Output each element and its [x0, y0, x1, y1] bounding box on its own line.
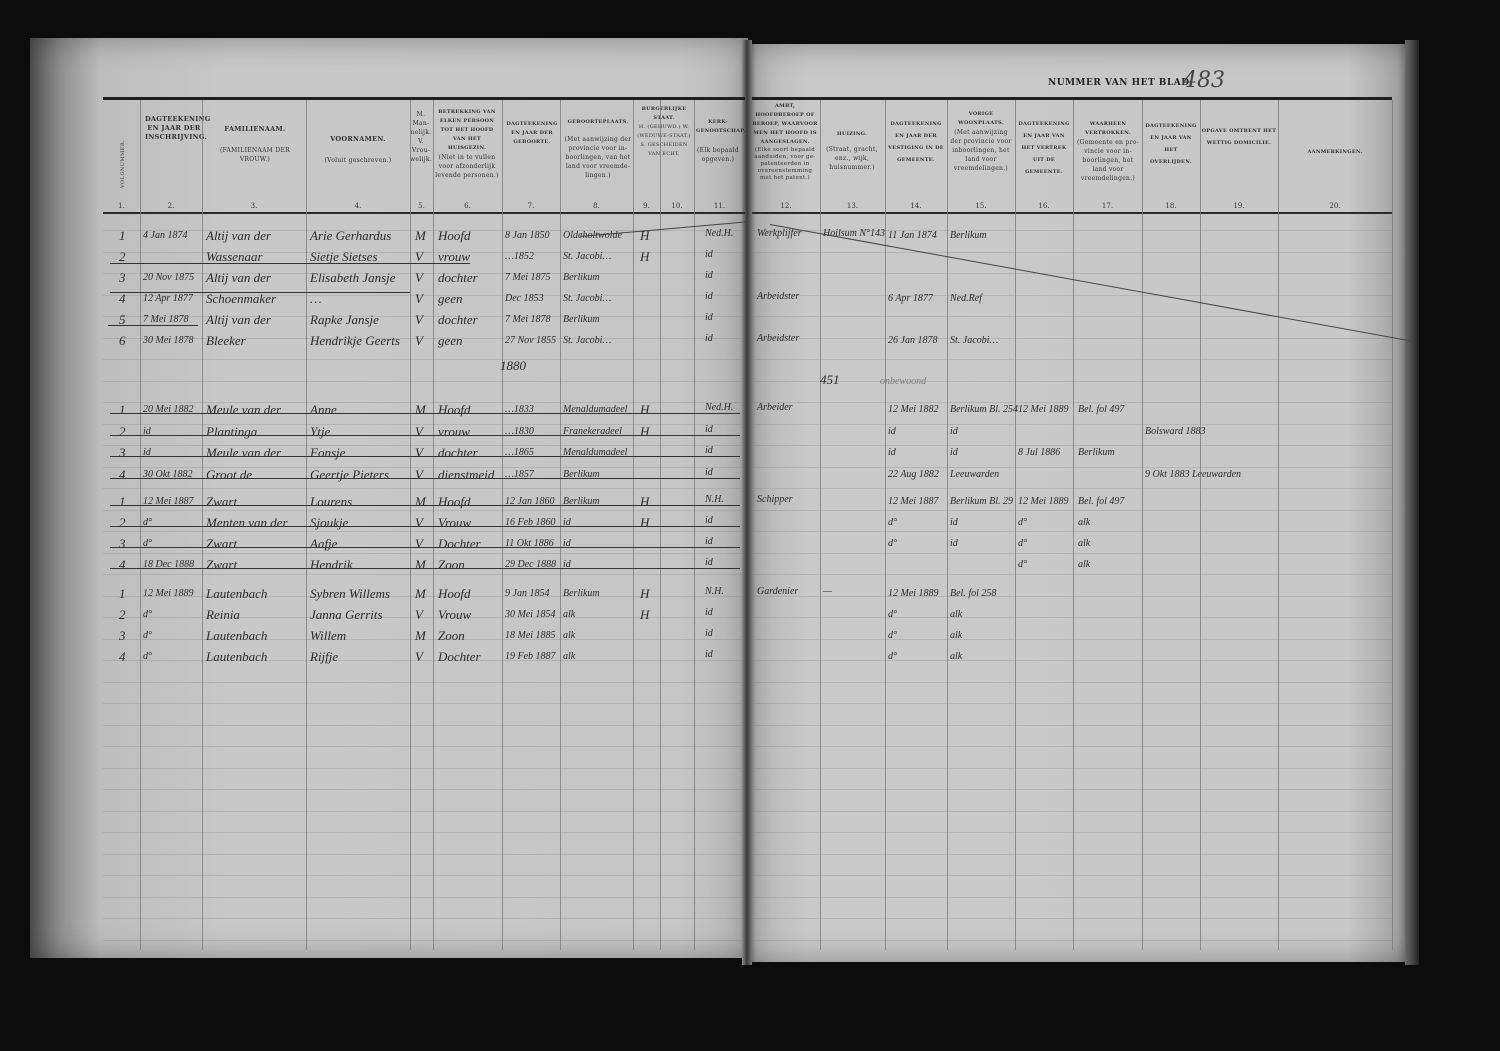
header-bottom-rule-right — [752, 212, 1392, 214]
row-number: 4 — [119, 467, 126, 483]
ruling-line — [752, 725, 1392, 726]
birthplace: Berlikum — [563, 272, 600, 283]
house-address: — — [823, 586, 832, 597]
column-number-8: 8. — [560, 202, 633, 210]
sex: M — [415, 628, 426, 644]
arrival-date: 12 Mei 1882 — [888, 404, 939, 415]
ruling-line — [103, 467, 743, 468]
ruling-line — [103, 746, 743, 747]
column-line — [947, 100, 948, 950]
row-number: 6 — [119, 333, 126, 349]
destination: alk — [1078, 559, 1090, 570]
col-5-header: M. Man-nelijk. V. Vrou-welijk. — [410, 110, 432, 164]
departure-date: 12 Mei 1889 — [1018, 404, 1069, 415]
relation-to-head: geen — [438, 333, 463, 349]
surname: Zwart — [206, 536, 237, 552]
church: id — [705, 649, 713, 660]
ruling-line — [752, 574, 1392, 575]
surname: Altij van der — [206, 228, 271, 244]
occupation: Arbeidster — [757, 291, 799, 302]
ruling-line — [752, 531, 1392, 532]
previous-residence: Berlikum Bl. 29 — [950, 496, 1013, 507]
row-number: 3 — [119, 445, 126, 461]
arrival-date: 12 Mei 1887 — [888, 496, 939, 507]
row-strike-through — [110, 456, 740, 457]
ruling-line — [752, 746, 1392, 747]
ruling-line — [752, 875, 1392, 876]
column-line — [1278, 100, 1279, 950]
previous-residence: Leeuwarden — [950, 469, 999, 480]
sex: V — [415, 291, 423, 307]
ruling-line — [752, 273, 1392, 274]
ruling-line — [752, 918, 1392, 919]
church: id — [705, 467, 713, 478]
departure-date: 8 Jul 1886 — [1018, 447, 1060, 458]
ruling-line — [103, 359, 743, 360]
previous-residence: Bel. fol 258 — [950, 588, 996, 599]
birth-date: …1852 — [505, 251, 534, 262]
ruling-line — [752, 639, 1392, 640]
surname: Altij van der — [206, 312, 271, 328]
birth-date: 9 Jan 1854 — [505, 588, 549, 599]
column-number-9: 9. — [633, 202, 660, 210]
ruling-line — [752, 445, 1392, 446]
church: id — [705, 515, 713, 526]
relation-to-head: Vrouw — [438, 607, 471, 623]
previous-residence: id — [950, 538, 958, 549]
registration-date: 12 Mei 1889 — [143, 588, 194, 599]
relation-to-head: Hoofd — [438, 402, 471, 418]
registration-date: 4 Jan 1874 — [143, 230, 187, 241]
sheet-number: 483 — [1183, 68, 1225, 93]
ruling-line — [752, 768, 1392, 769]
civil-status: H — [640, 402, 649, 418]
occupation: Arbeider — [757, 402, 793, 413]
given-names: Lourens — [310, 494, 352, 510]
column-line — [1392, 100, 1393, 950]
birthplace: St. Jacobi… — [563, 251, 611, 262]
row-number: 1 — [119, 586, 126, 602]
header-top-rule-left — [103, 97, 745, 100]
arrival-date: d° — [888, 651, 897, 662]
row-number: 2 — [119, 515, 126, 531]
arrival-date: d° — [888, 538, 897, 549]
ruling-line — [103, 660, 743, 661]
registration-date: 12 Apr 1877 — [143, 293, 193, 304]
ruling-line — [752, 789, 1392, 790]
column-line — [306, 100, 307, 950]
birth-date: 18 Mei 1885 — [505, 630, 556, 641]
ruling-line — [752, 832, 1392, 833]
ruling-line — [103, 811, 743, 812]
birthplace: alk — [563, 630, 575, 641]
row-number: 2 — [119, 424, 126, 440]
ruling-line — [103, 940, 743, 941]
birth-date: 30 Mei 1854 — [505, 609, 556, 620]
birth-date: 19 Feb 1887 — [505, 651, 556, 662]
departure-date: d° — [1018, 538, 1027, 549]
ruling-line — [752, 359, 1392, 360]
header-bottom-rule-left — [103, 212, 745, 214]
row-number: 2 — [119, 607, 126, 623]
given-names: Rijfje — [310, 649, 338, 665]
book-gutter — [742, 40, 752, 965]
sex: M — [415, 494, 426, 510]
column-number-4: 4. — [306, 202, 410, 210]
col-16-header: DAGTEEKENING EN JAAR VAN HET VERTREK UIT… — [1016, 118, 1072, 178]
column-number-3: 3. — [202, 202, 306, 210]
registration-date: d° — [143, 609, 152, 620]
sheet-reference: 451 — [820, 372, 840, 388]
previous-residence: Ned.Ref — [950, 293, 982, 304]
arrival-date: 6 Apr 1877 — [888, 293, 933, 304]
given-names: Hendrikje Geerts — [310, 333, 400, 349]
row-number: 4 — [119, 557, 126, 573]
surname: Lautenbach — [206, 649, 267, 665]
column-number-10: 10. — [660, 202, 694, 210]
given-names: Elisabeth Jansje — [310, 270, 396, 286]
church: id — [705, 333, 713, 344]
arrival-date: d° — [888, 609, 897, 620]
arrival-date: d° — [888, 517, 897, 528]
column-number-12: 12. — [752, 202, 820, 210]
column-line — [140, 100, 141, 950]
column-number-1: 1. — [103, 202, 140, 210]
ruling-line — [103, 574, 743, 575]
row-strike-through — [110, 547, 740, 548]
relation-to-head: Hoofd — [438, 586, 471, 602]
given-names: Janna Gerrits — [310, 607, 383, 623]
civil-status: H — [640, 515, 649, 531]
church: id — [705, 607, 713, 618]
house-address: Hoilsum N°143 — [823, 228, 885, 239]
relation-to-head: Vrouw — [438, 515, 471, 531]
destination: Berlikum — [1078, 447, 1115, 458]
civil-status: H — [640, 424, 649, 440]
col-17-header: WAARHEEN VERTROKKEN. (Gemeente en pro-vi… — [1075, 120, 1141, 183]
sex: V — [415, 424, 423, 440]
ruling-line — [752, 854, 1392, 855]
destination: Bel. fol 497 — [1078, 404, 1124, 415]
church: id — [705, 291, 713, 302]
relation-to-head: Dochter — [438, 649, 481, 665]
given-names: Arie Gerhardus — [310, 228, 391, 244]
row-number: 3 — [119, 270, 126, 286]
ruling-line — [103, 703, 743, 704]
arrival-date: 26 Jan 1878 — [888, 335, 937, 346]
column-line — [1142, 100, 1143, 950]
row-strike-through — [110, 568, 740, 569]
given-names: Sybren Willems — [310, 586, 390, 602]
previous-residence: id — [950, 447, 958, 458]
row-number: 1 — [119, 402, 126, 418]
ruling-line — [752, 295, 1392, 296]
column-number-7: 7. — [502, 202, 560, 210]
ruling-line — [752, 811, 1392, 812]
relation-to-head: geen — [438, 291, 463, 307]
relation-to-head: Dochter — [438, 536, 481, 552]
arrival-date: d° — [888, 630, 897, 641]
notes: 9 Okt 1883 Leeuwarden — [1145, 469, 1241, 480]
birthplace: St. Jacobi… — [563, 293, 611, 304]
col-1-header: VOLGNUMMER. — [120, 118, 126, 188]
col-3-header: FAMILIENAAM. (FAMILIENAAM DER VROUW.) — [205, 125, 305, 164]
column-number-14: 14. — [885, 202, 947, 210]
birthplace: St. Jacobi… — [563, 335, 611, 346]
col-19-header: OPGAVE OMTRENT HET WETTIG DOMICILIE. — [1201, 125, 1277, 149]
ruling-line — [103, 897, 743, 898]
registration-date: d° — [143, 630, 152, 641]
departure-date: d° — [1018, 559, 1027, 570]
given-names: Anne — [310, 402, 337, 418]
sex: M — [415, 557, 426, 573]
column-line — [202, 100, 203, 950]
ruling-line — [103, 381, 743, 382]
church: id — [705, 270, 713, 281]
relation-to-head: Zoon — [438, 628, 465, 644]
surname: Meule van der — [206, 445, 281, 461]
ruling-line — [752, 940, 1392, 941]
sex: V — [415, 467, 423, 483]
row-number: 4 — [119, 291, 126, 307]
previous-residence: id — [950, 426, 958, 437]
birthplace: alk — [563, 609, 575, 620]
occupation: Arbeidster — [757, 333, 799, 344]
surname: Lautenbach — [206, 628, 267, 644]
ruling-line — [752, 553, 1392, 554]
surname: Zwart — [206, 494, 237, 510]
col-18-header: DAGTEEKENING EN JAAR VAN HET OVERLIJDEN. — [1143, 120, 1199, 168]
column-number-11: 11. — [694, 202, 745, 210]
row-strike-through — [110, 478, 740, 479]
col-6-header: BETREKKING VAN ELKEN PERSOON TOT HET HOO… — [434, 108, 500, 180]
sex: V — [415, 270, 423, 286]
ruling-line — [103, 875, 743, 876]
church: id — [705, 557, 713, 568]
given-names: Ytje — [310, 424, 330, 440]
ruling-line — [103, 789, 743, 790]
surname: Reinia — [206, 607, 240, 623]
column-line — [1015, 100, 1016, 950]
given-names: Aafje — [310, 536, 337, 552]
surname: Lautenbach — [206, 586, 267, 602]
column-line — [560, 100, 561, 950]
surname: Groot de — [206, 467, 252, 483]
column-number-18: 18. — [1142, 202, 1200, 210]
row-strike-through — [110, 413, 740, 414]
year-note: 1880 — [500, 358, 526, 374]
previous-residence: St. Jacobi… — [950, 335, 998, 346]
departure-date: 12 Mei 1889 — [1018, 496, 1069, 507]
church: id — [705, 249, 713, 260]
birth-date: 27 Nov 1855 — [505, 335, 556, 346]
row-strike-through — [110, 292, 410, 293]
birth-date: 7 Mei 1878 — [505, 314, 551, 325]
given-names: Sjoukje — [310, 515, 348, 531]
column-line — [660, 100, 661, 950]
relation-to-head: vrouw — [438, 424, 470, 440]
birthplace: Berlikum — [563, 314, 600, 325]
col-20-header: AANMERKINGEN. — [1280, 148, 1390, 157]
ruling-line — [103, 273, 743, 274]
previous-residence: alk — [950, 651, 962, 662]
church: Ned.H. — [705, 228, 733, 239]
ruling-line — [103, 531, 743, 532]
row-strike-through — [108, 325, 198, 326]
row-strike-through — [110, 526, 740, 527]
birth-date: Dec 1853 — [505, 293, 544, 304]
column-number-13: 13. — [820, 202, 885, 210]
civil-status: H — [640, 586, 649, 602]
column-number-19: 19. — [1200, 202, 1278, 210]
ruling-line — [103, 553, 743, 554]
relation-to-head: Zoon — [438, 557, 465, 573]
col-9-10-header: BURGERLIJKE STAAT. H. (GEHUWD.) W. (WEDU… — [634, 105, 694, 159]
column-line — [433, 100, 434, 950]
departure-date: d° — [1018, 517, 1027, 528]
col-7-header: DAGTEEKENING EN JAAR DER GEBOORTE. — [504, 120, 560, 147]
sex: V — [415, 607, 423, 623]
sex: V — [415, 515, 423, 531]
row-strike-through — [110, 435, 740, 436]
registration-date: 20 Nov 1875 — [143, 272, 194, 283]
sex: V — [415, 649, 423, 665]
column-number-5: 5. — [410, 202, 433, 210]
column-number-6: 6. — [433, 202, 502, 210]
row-number: 1 — [119, 228, 126, 244]
surname: Menten van der — [206, 515, 288, 531]
birth-date: 7 Mei 1875 — [505, 272, 551, 283]
column-line — [694, 100, 695, 950]
given-names: … — [310, 291, 322, 307]
birthplace: Berlikum — [563, 588, 600, 599]
sex: M — [415, 402, 426, 418]
column-line — [410, 100, 411, 950]
column-line — [633, 100, 634, 950]
ruling-line — [752, 510, 1392, 511]
registration-date: 30 Mei 1878 — [143, 335, 194, 346]
sex: M — [415, 586, 426, 602]
ruling-line — [752, 424, 1392, 425]
ruling-line — [752, 402, 1392, 403]
church: N.H. — [705, 586, 724, 597]
sex: V — [415, 536, 423, 552]
arrival-date: id — [888, 447, 896, 458]
surname: Bleeker — [206, 333, 246, 349]
church: id — [705, 312, 713, 323]
header-top-rule-right — [752, 97, 1392, 100]
notes: Bolsward 1883 — [1145, 426, 1205, 437]
surname: Schoenmaker — [206, 291, 276, 307]
church: Ned.H. — [705, 402, 733, 413]
col-8-header: GEBOORTEPLAATS. (Met aanwijzing der prov… — [563, 118, 633, 180]
previous-residence: Berlikum — [950, 230, 987, 241]
sheet-reference-note: onbewoond — [880, 376, 926, 387]
sheet-number-label: NUMMER VAN HET BLAD. — [1048, 78, 1193, 88]
sex: V — [415, 333, 423, 349]
church: N.H. — [705, 494, 724, 505]
ruling-line — [752, 316, 1392, 317]
ruling-line — [103, 295, 743, 296]
arrival-date: 12 Mei 1889 — [888, 588, 939, 599]
col-11-header: KERK-GENOOTSCHAP. (Elk bepaald opgeven.) — [696, 118, 740, 164]
ruling-line — [103, 445, 743, 446]
registration-date: 7 Mei 1878 — [143, 314, 189, 325]
row-strike-through — [110, 505, 740, 506]
column-line — [1073, 100, 1074, 950]
civil-status: H — [640, 249, 649, 265]
relation-to-head: dochter — [438, 270, 478, 286]
ruling-line — [752, 617, 1392, 618]
ruling-line — [752, 596, 1392, 597]
column-line — [502, 100, 503, 950]
right-page-edge — [1405, 40, 1419, 965]
church: id — [705, 445, 713, 456]
ruling-line — [752, 381, 1392, 382]
church: id — [705, 424, 713, 435]
arrival-date: 11 Jan 1874 — [888, 230, 937, 241]
previous-residence: alk — [950, 630, 962, 641]
ruling-line — [752, 703, 1392, 704]
ruling-line — [752, 897, 1392, 898]
row-number: 4 — [119, 649, 126, 665]
previous-residence: Berlikum Bl. 254 — [950, 404, 1018, 415]
col-15-header: VORIGE WOONPLAATS. (Met aanwijzing der p… — [948, 110, 1014, 173]
col-2-header: DAGTEEKENING EN JAAR DER INSCHRIJVING. — [145, 115, 203, 142]
relation-to-head: dochter — [438, 312, 478, 328]
column-number-15: 15. — [947, 202, 1015, 210]
destination: alk — [1078, 517, 1090, 528]
row-number: 3 — [119, 536, 126, 552]
arrival-date: 22 Aug 1882 — [888, 469, 939, 480]
civil-status: H — [640, 494, 649, 510]
relation-to-head: dochter — [438, 445, 478, 461]
ruling-line — [103, 682, 743, 683]
occupation: Gardenier — [757, 586, 798, 597]
col-4-header: VOORNAMEN. (Voluit geschreven.) — [308, 135, 408, 165]
registration-date: d° — [143, 651, 152, 662]
surname: Meule van der — [206, 402, 281, 418]
surname: Plantinga — [206, 424, 257, 440]
ruling-line — [103, 832, 743, 833]
column-number-20: 20. — [1278, 202, 1392, 210]
occupation: Schipper — [757, 494, 793, 505]
surname: Zwart — [206, 557, 237, 573]
arrival-date: id — [888, 426, 896, 437]
previous-residence: id — [950, 517, 958, 528]
ruling-line — [752, 467, 1392, 468]
col-12-header: AMBT, HOOFDBEROEP OF BEROEP, WAARVOOR ME… — [752, 102, 818, 182]
ruling-line — [103, 488, 743, 489]
ruling-line — [103, 768, 743, 769]
ruling-line — [752, 338, 1392, 339]
column-line — [1200, 100, 1201, 950]
surname: Altij van der — [206, 270, 271, 286]
given-names: Willem — [310, 628, 346, 644]
destination: Bel. fol 497 — [1078, 496, 1124, 507]
ruling-line — [752, 252, 1392, 253]
column-line — [885, 100, 886, 950]
column-line — [820, 100, 821, 950]
ruling-line — [103, 854, 743, 855]
given-names: Rapke Jansje — [310, 312, 379, 328]
birthplace: alk — [563, 651, 575, 662]
col-13-header: HUIZING. (Straat, gracht, enz., wijk, hu… — [820, 130, 884, 172]
row-strike-through — [110, 263, 470, 264]
relation-to-head: Hoofd — [438, 494, 471, 510]
relation-to-head: Hoofd — [438, 228, 471, 244]
row-number: 1 — [119, 494, 126, 510]
